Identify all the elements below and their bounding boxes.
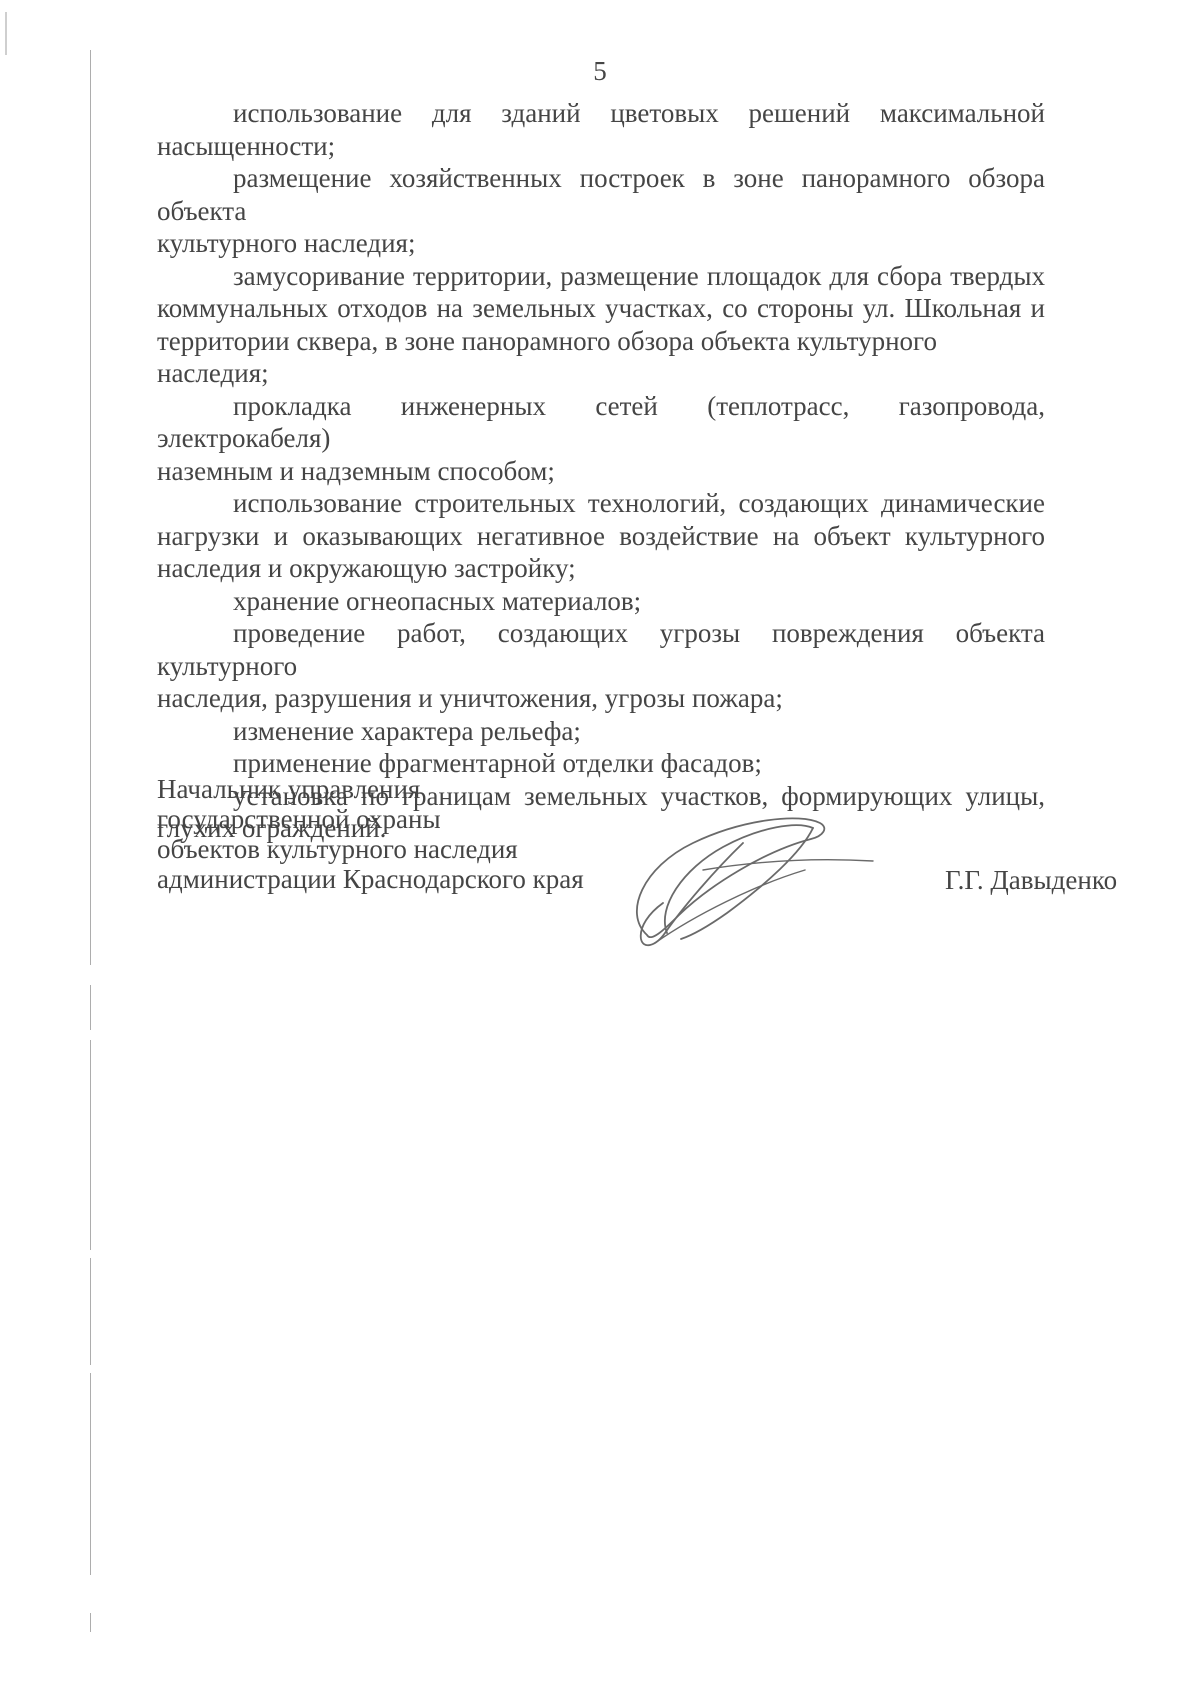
signer-title-line: государственной охраны bbox=[157, 804, 584, 834]
document-body: использование для зданий цветовых решени… bbox=[157, 97, 1045, 845]
paragraph: проведение работ, создающих угрозы повре… bbox=[157, 617, 1045, 715]
signer-name: Г.Г. Давыденко bbox=[945, 865, 1117, 895]
signer-title-line: объектов культурного наследия bbox=[157, 834, 584, 864]
text-line: размещение хозяйственных построек в зоне… bbox=[157, 162, 1045, 227]
paragraph: прокладка инженерных сетей (теплотрасс, … bbox=[157, 390, 1045, 488]
text-line: хранение огнеопасных материалов; bbox=[157, 585, 1045, 618]
paragraph: изменение характера рельефа; bbox=[157, 715, 1045, 748]
scan-artifact-line bbox=[90, 50, 91, 965]
paragraph: использование строительных технологий, с… bbox=[157, 487, 1045, 585]
signature-strokes bbox=[615, 815, 880, 945]
scan-artifact-line bbox=[90, 1258, 91, 1365]
signer-title-line: Начальник управления bbox=[157, 774, 584, 804]
signature-title-block: Начальник управления государственной охр… bbox=[157, 774, 584, 894]
text-line: коммунальных отходов на земельных участк… bbox=[157, 292, 1045, 325]
handwritten-signature bbox=[615, 815, 880, 945]
text-line: наземным и надземным способом; bbox=[157, 455, 1045, 488]
text-line: проведение работ, создающих угрозы повре… bbox=[157, 617, 1045, 682]
scan-artifact-line bbox=[90, 1040, 91, 1250]
text-line: использование для зданий цветовых решени… bbox=[157, 97, 1045, 130]
text-line: наследия, разрушения и уничтожения, угро… bbox=[157, 682, 1045, 715]
page-number: 5 bbox=[0, 55, 1200, 88]
page-background: 5 использование для зданий цветовых реше… bbox=[0, 0, 1200, 1699]
paragraph: использование для зданий цветовых решени… bbox=[157, 97, 1045, 162]
scan-artifact-line bbox=[90, 985, 91, 1030]
scan-artifact-line bbox=[90, 1613, 91, 1632]
text-line: территории сквера, в зоне панорамного об… bbox=[157, 325, 1045, 390]
text-line: насыщенности; bbox=[157, 130, 1045, 163]
paragraph: замусоривание территории, размещение пло… bbox=[157, 260, 1045, 390]
text-line: культурного наследия; bbox=[157, 227, 1045, 260]
text-line: изменение характера рельефа; bbox=[157, 715, 1045, 748]
text-line: прокладка инженерных сетей (теплотрасс, … bbox=[157, 390, 1045, 455]
scan-artifact-edge bbox=[5, 12, 7, 55]
scanned-document-page: { "doc": { "page_number": "5", "paragrap… bbox=[0, 0, 1200, 1699]
paragraph: размещение хозяйственных построек в зоне… bbox=[157, 162, 1045, 260]
text-line: использование строительных технологий, с… bbox=[157, 487, 1045, 520]
text-line: нагрузки и оказывающих негативное воздей… bbox=[157, 520, 1045, 553]
text-line: замусоривание территории, размещение пло… bbox=[157, 260, 1045, 293]
text-line: наследия и окружающую застройку; bbox=[157, 552, 1045, 585]
signer-title-line: администрации Краснодарского края bbox=[157, 864, 584, 894]
scan-artifact-line bbox=[90, 1373, 91, 1575]
paragraph: хранение огнеопасных материалов; bbox=[157, 585, 1045, 618]
